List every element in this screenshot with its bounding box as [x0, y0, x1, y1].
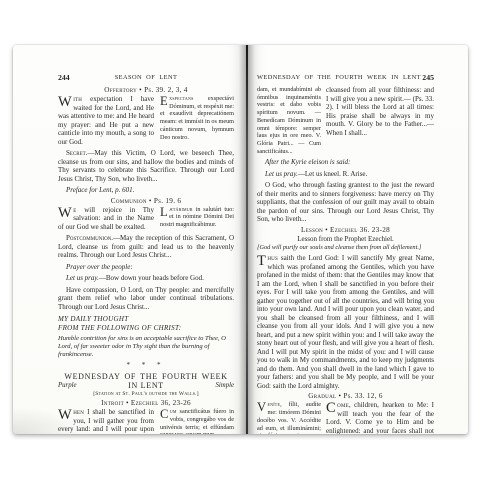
left-page: 244 SEASON OF LENT Offertory • Ps. 39. 2…: [13, 45, 247, 434]
secret-paragraph: Secret.—May this Victim, O Lord, we bese…: [58, 149, 234, 183]
let-us-pray-left: Let us pray.—Bow down your heads before …: [58, 274, 234, 283]
running-head-right: WEDNESDAY OF THE FOURTH WEEK IN LENT: [257, 74, 434, 81]
communion-english-dropcap: W: [58, 206, 73, 219]
lesson-dropcap: T: [257, 254, 267, 267]
daily-thought-title: MY DAILY THOUGHT FROM THE FOLLOWING OF C…: [58, 315, 234, 332]
feast-title-line2-row: Purple IN LENT Simple: [58, 381, 234, 390]
communion-latin: Lætábimur in salutári tuo: et in nómine …: [160, 206, 234, 232]
gradual-heading: Gradual • Ps. 33. 12, 6: [257, 392, 434, 400]
introit-english: When I shall be sanctified in you, I wil…: [58, 408, 154, 434]
introit-columns: When I shall be sanctified in you, I wil…: [58, 408, 234, 434]
feast-title-line2: IN LENT: [128, 381, 164, 390]
introit-continued-english: cleansed from all your filthiness: and I…: [326, 86, 434, 155]
daily-thought-title-line2: FROM THE FOLLOWING OF CHRIST:: [58, 324, 234, 333]
gradual-english-dropcap: C: [326, 401, 337, 414]
have-compassion-paragraph: Have compassion, O Lord, on Thy people: …: [58, 286, 234, 312]
gradual-latin: Veníte, fílii, audíte me: timórem Dómini…: [257, 401, 321, 434]
running-head-left: SEASON OF LENT: [58, 74, 234, 81]
page-number-right: 245: [422, 73, 434, 82]
lesson-subtitle: Lesson from the Prophet Ezechiel.: [257, 235, 434, 243]
introit-latin: Cum sanctificátus fúero in vobis, congre…: [160, 408, 234, 434]
introit-latin-dropcap: C: [160, 408, 170, 420]
right-page: WEDNESDAY OF THE FOURTH WEEK IN LENT 245…: [247, 45, 468, 434]
postcommunion-paragraph: Postcommunion.—May the reception of this…: [58, 234, 234, 260]
station-line: [Station at St. Paul's outside the Walls…: [58, 391, 234, 397]
book-photo: 244 SEASON OF LENT Offertory • Ps. 39. 2…: [0, 0, 480, 480]
lesson-body: Thus saith the Lord God: I will sanctify…: [257, 254, 434, 390]
gradual-latin-dropcap: V: [257, 401, 268, 413]
right-page-header: WEDNESDAY OF THE FOURTH WEEK IN LENT 245: [257, 73, 434, 82]
communion-latin-dropcap: L: [160, 206, 169, 218]
offertory-english-dropcap: W: [58, 95, 73, 108]
gradual-english: Come, children, hearken to Me: I will te…: [326, 401, 434, 434]
communion-heading: Communion • Ps. 19. 6: [58, 197, 234, 205]
offertory-latin: Exspectans exspectávi Dóminum, et respéx…: [160, 95, 234, 146]
gradual-columns: Veníte, fílii, audíte me: timórem Dómini…: [257, 401, 434, 434]
lesson-heading: Lesson • Ezechiel 36. 23-28: [257, 226, 434, 234]
introit-continued-latin: dam, et mundabímini ab ómnibus inquinamé…: [257, 86, 321, 155]
let-us-pray-right: Let us pray.—Let us kneel. R. Arise.: [257, 170, 434, 179]
open-missal-book: 244 SEASON OF LENT Offertory • Ps. 39. 2…: [13, 45, 468, 434]
section-separator: * * *: [58, 361, 234, 369]
kyrie-rubric: After the Kyrie eleison is said:: [257, 158, 434, 167]
offertory-heading: Offertory • Ps. 39. 2, 3, 4: [58, 86, 234, 94]
daily-thought-title-line1: MY DAILY THOUGHT: [58, 315, 234, 324]
rank-rubric: Simple: [216, 382, 235, 389]
introit-heading: Introit • Ezechiel 36, 23-26: [58, 399, 234, 407]
communion-columns: We will rejoice in Thy salvation: and in…: [58, 206, 234, 232]
offertory-english: With expectation I have waited for the L…: [58, 95, 154, 146]
offertory-columns: With expectation I have waited for the L…: [58, 95, 234, 146]
introit-continued-columns: dam, et mundabímini ab ómnibus inquinamé…: [257, 86, 434, 155]
daily-thought-text: Humble contrition for sins is an accepta…: [58, 335, 234, 359]
offertory-latin-dropcap: E: [160, 95, 169, 107]
communion-english: We will rejoice in Thy salvation: and in…: [58, 206, 154, 232]
feast-title-line1: WEDNESDAY OF THE FOURTH WEEK: [58, 372, 234, 381]
collect-paragraph: O God, who through fasting grantest to t…: [257, 181, 434, 224]
color-rubric: Purple: [58, 382, 77, 389]
left-page-header: 244 SEASON OF LENT: [58, 73, 234, 82]
lesson-note: [God will purify our souls and cleanse t…: [257, 244, 434, 252]
prayer-over-people-rubric: Prayer over the people:: [58, 263, 234, 272]
introit-english-dropcap: W: [58, 408, 73, 421]
preface-note: Preface for Lent, p. 601.: [58, 186, 234, 195]
